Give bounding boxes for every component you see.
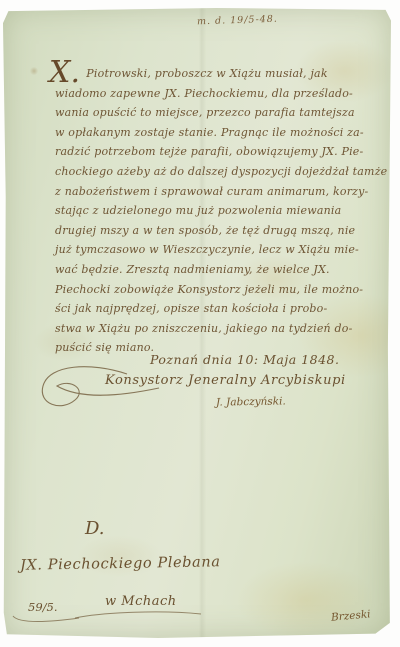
letter-body: X.Piotrowski, proboszcz w Xiążu musiał, … (55, 64, 387, 358)
body-line: Piechocki zobowiąże Konsystorz jeżeli mu… (55, 280, 387, 300)
body-line: X.Piotrowski, proboszcz w Xiążu musiał, … (55, 64, 387, 84)
body-line: drugiej mszy a w ten sposób, że tęż drug… (55, 221, 387, 241)
body-line: radzić potrzebom tejże parafii, obowiązu… (55, 142, 387, 162)
dateline: Poznań dnia 10: Maja 1848. (150, 352, 339, 367)
body-line: wać będzie. Zresztą nadmieniamy, że wiel… (55, 260, 387, 280)
body-line: stając z udzielonego mu już pozwolenia m… (55, 201, 387, 221)
address-recipient: JX. Piechockiego Plebana (20, 554, 221, 573)
body-line: chockiego ażeby aż do dalszej dyspozycji… (55, 162, 387, 182)
scan-backdrop: { "letter": { "annotation": "m. d. 19/5-… (0, 0, 400, 647)
address-location: w Mchach (105, 594, 177, 609)
drop-cap-initial: X. (49, 55, 80, 90)
body-line: wania opuścić to miejsce, przezco parafi… (55, 103, 387, 123)
body-line: ści jak najprędzej, opisze stan kościoła… (55, 299, 387, 319)
body-line-text: Piotrowski, proboszcz w Xiążu musiał, ja… (86, 67, 327, 80)
body-line: już tymczasowo w Wieszczyczynie, lecz w … (55, 240, 387, 260)
body-line: w opłakanym zostaje stanie. Pragnąc ile … (55, 123, 387, 143)
issuer-line: Konsystorz Jeneralny Arcybiskupi (105, 373, 346, 388)
filing-annotation: m. d. 19/5-48. (197, 14, 278, 28)
signature: J. Jabczyński. (216, 395, 286, 408)
flourish-swash (31, 360, 161, 418)
docket-number: 59/5. (28, 600, 57, 614)
body-line: z nabożeństwem i sprawował curam animaru… (55, 182, 387, 202)
countersignature: Brzeski (331, 608, 371, 623)
body-line: stwa w Xiążu po zniszczeniu, jakiego na … (55, 319, 387, 339)
letter-sheet: m. d. 19/5-48. X.Piotrowski, proboszcz w… (3, 8, 391, 638)
body-line: wiadomo zapewne JX. Piechockiemu, dla pr… (55, 84, 387, 104)
address-salutation: D. (85, 518, 105, 539)
location-underline-flourish (73, 608, 203, 622)
